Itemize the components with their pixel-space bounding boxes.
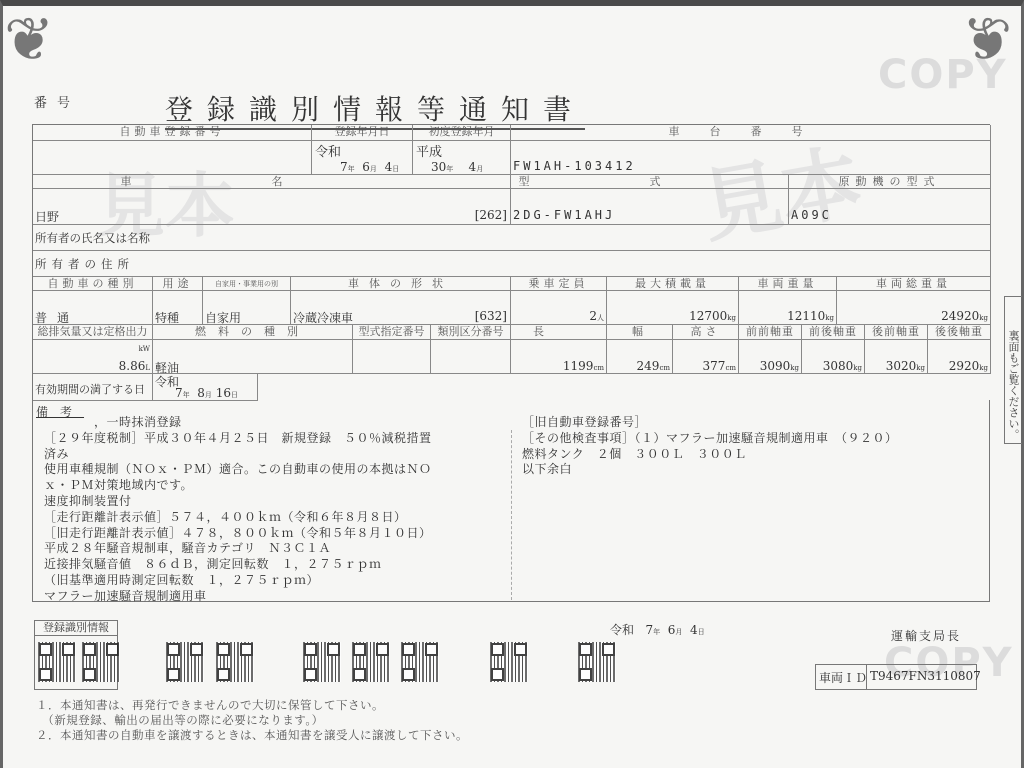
qr-code-icon (401, 642, 439, 682)
qr-code-icon (352, 642, 390, 682)
side-note: 裏面もご覧ください。 (1004, 296, 1022, 444)
first-reg-header: 初度登録年月 (413, 125, 511, 141)
rr-axle-header: 後後軸重 (928, 325, 991, 340)
private-business-cell: 自家用 (203, 291, 291, 325)
capacity-cell: 2人 (511, 291, 607, 325)
fuel-header: 燃料の種別 (153, 325, 353, 340)
length-header: 長さ (511, 325, 607, 340)
issuer: 運輸支局長 (891, 627, 961, 644)
model-header: 型式 (511, 175, 789, 189)
vehicle-id-box: 車両ＩＤ T9467FN3110807 (815, 664, 977, 690)
qr-code-icon (216, 642, 254, 682)
qr-code-icon (38, 642, 76, 682)
qr-code-icon (166, 642, 204, 682)
displacement-header: 総排気量又は定格出力 (33, 325, 153, 340)
qr-code-icon (490, 642, 528, 682)
chassis-cell: FW1AH-103412 (511, 141, 991, 175)
ff-axle-header: 前前軸重 (739, 325, 802, 340)
corner-ornament-right-icon: ❦ (962, 10, 1012, 70)
engine-model-cell: A09C (789, 189, 991, 225)
qr-code-icon (303, 642, 341, 682)
qr-code-icon (578, 642, 616, 682)
height-header: 高さ (673, 325, 739, 340)
qr-box-label: 登録識別情報 (35, 621, 117, 636)
rr-axle-cell: 2920kg (928, 340, 991, 374)
width-cell: 249cm (607, 340, 673, 374)
owner-name-row: 所有者の氏名又は名称 (33, 225, 991, 251)
reg-date-cell: 令和 7年 6月 4日 (312, 141, 413, 175)
type-cell: 普通 (33, 291, 153, 325)
rf-axle-header: 後前軸重 (865, 325, 928, 340)
vehicle-weight-header: 車両重量 (739, 277, 837, 291)
category-header: 類別区分番号 (431, 325, 511, 340)
fr-axle-cell: 3080kg (802, 340, 865, 374)
chassis-header: 車台番号 (511, 125, 991, 141)
reg-number-cell (33, 141, 312, 175)
width-header: 幅 (607, 325, 673, 340)
vehicle-weight-cell: 12110kg (739, 291, 837, 325)
remarks-divider (511, 430, 512, 600)
body-shape-cell: 冷蔵冷凍車 [632] (291, 291, 511, 325)
reg-number-header: 自動車登録番号 (33, 125, 312, 141)
issue-date: 令和 7年 6月 4日 (610, 621, 705, 638)
remarks-right-text: ［旧自動車登録番号］ ［その他検査事項］（１）マフラー加速騒音規制適用車 （９２… (522, 415, 898, 478)
body-shape-header: 車体の形状 (291, 277, 511, 291)
engine-model-header: 原動機の型式 (789, 175, 991, 189)
first-reg-cell: 平成 30年 4月 (413, 141, 511, 175)
max-load-cell: 12700kg (607, 291, 739, 325)
use-header: 用途 (153, 277, 203, 291)
type-designation-cell (353, 340, 431, 374)
ff-axle-cell: 3090kg (739, 340, 802, 374)
expiry-label-cell: 有効期間の満了する日 (33, 374, 153, 401)
car-name-cell: 日野 [262] (33, 189, 511, 225)
car-name-header: 車名 (33, 175, 511, 189)
owner-address-row: 所有者の住所 (33, 251, 991, 277)
category-cell (431, 340, 511, 374)
rf-axle-cell: 3020kg (865, 340, 928, 374)
private-business-header: 自家用・事業用の別 (203, 277, 291, 291)
corner-ornament-left-icon: ❦ (4, 10, 54, 70)
expiry-date-cell: 令和 7年 8月 16日 (153, 374, 258, 401)
qr-code-icon (82, 642, 120, 682)
model-cell: 2DG-FW1AHJ (511, 189, 789, 225)
fr-axle-header: 前後軸重 (802, 325, 865, 340)
footer-notes: １．本通知書は、再発行できませんので大切に保管して下さい。 （新規登録、輸出の届… (36, 698, 468, 743)
reg-date-header: 登録年月日 (312, 125, 413, 141)
use-cell: 特種 (153, 291, 203, 325)
height-cell: 377cm (673, 340, 739, 374)
gross-weight-header: 車両総重量 (837, 277, 991, 291)
registration-table: 自動車登録番号 登録年月日 初度登録年月 車台番号 令和 7年 6月 4日 平成… (32, 124, 990, 400)
remarks-left-text: ，一時抹消登録 ［２９年度税制］平成３０年４月２５日 新規登録 ５０％減税措置 … (44, 415, 432, 605)
type-designation-header: 型式指定番号 (353, 325, 431, 340)
type-header: 自動車の種別 (33, 277, 153, 291)
length-cell: 1199cm (511, 340, 607, 374)
max-load-header: 最大積載量 (607, 277, 739, 291)
capacity-header: 乗車定員 (511, 277, 607, 291)
fuel-cell: 軽油 (153, 340, 353, 374)
displacement-cell: 8.86L kW (33, 340, 153, 374)
number-label: 番号 (34, 92, 80, 111)
gross-weight-cell: 24920kg (837, 291, 991, 325)
